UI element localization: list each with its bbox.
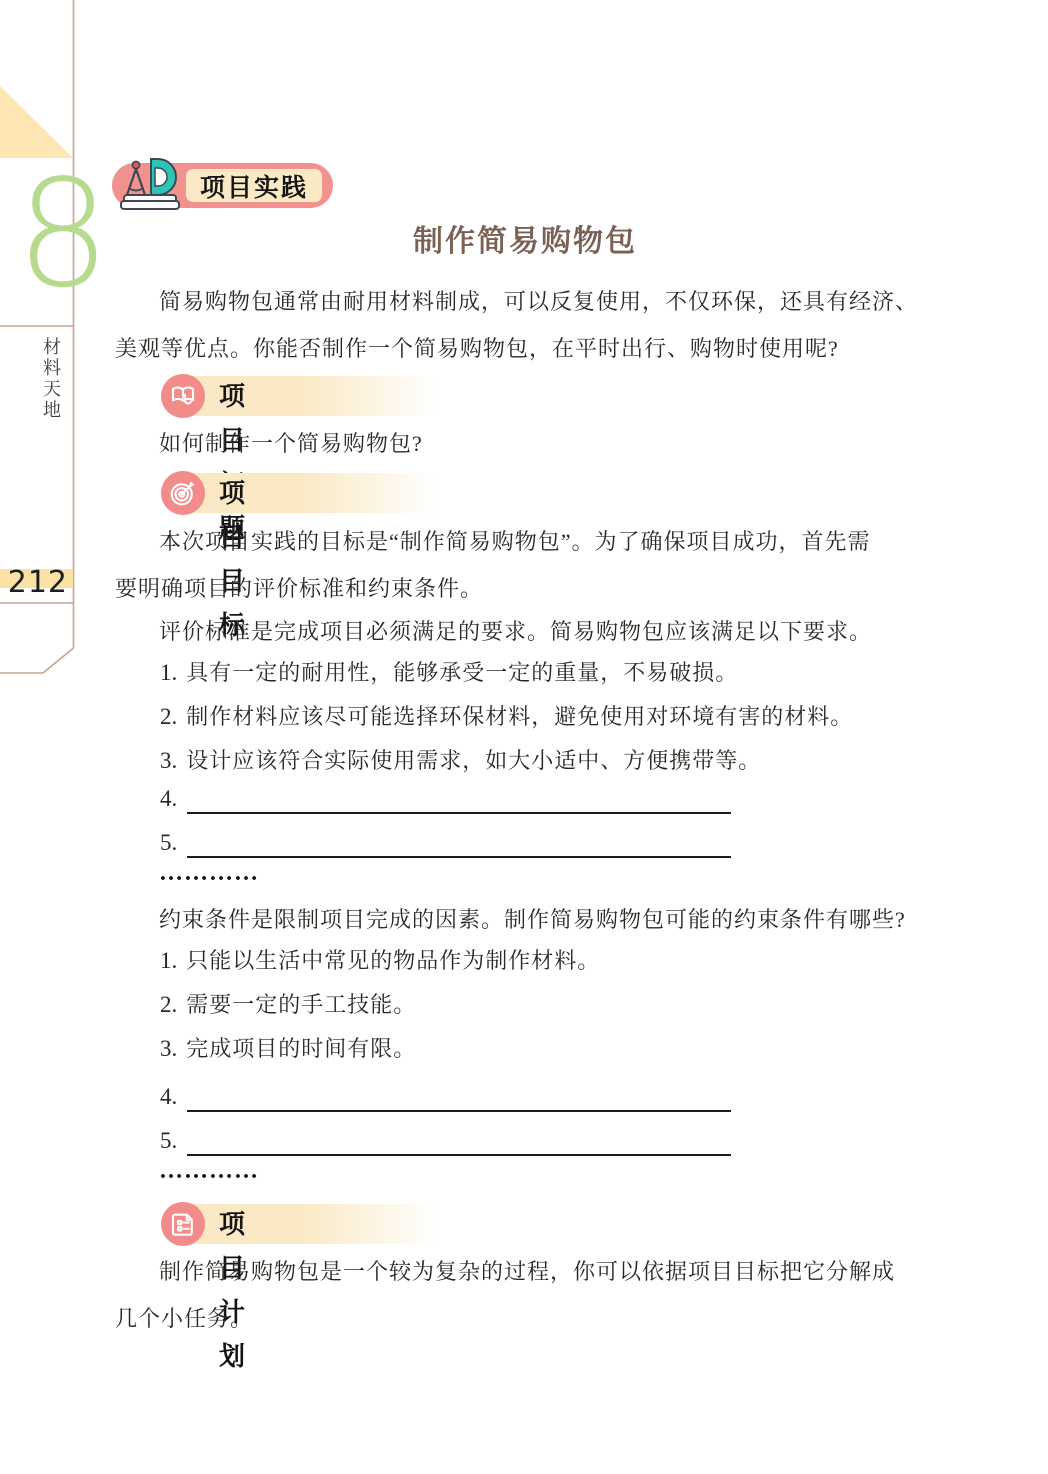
fill-in-blank-line [187,1130,731,1156]
question-text: 如何制作一个简易购物包? [115,424,935,464]
criteria-item-5-blank: 5. [115,828,935,858]
page-number: 212 [0,566,68,600]
textbook-page: 8 材料天地 212 项目实践 制作简易购物包 [0,0,1048,1474]
fill-in-blank-line [187,788,731,814]
heading-band [177,473,449,513]
item-number: 3. [115,746,177,776]
item-text: 只能以生活中常见的物品作为制作材料。 [186,946,600,976]
constraint-item-1: 1. 只能以生活中常见的物品作为制作材料。 [115,946,935,976]
target-icon [161,471,205,515]
item-text: 具有一定的耐用性，能够承受一定的重量，不易破损。 [186,658,738,688]
heading-band [177,1204,449,1244]
constraint-item-4-blank: 4. [115,1082,935,1112]
checklist-document-icon [161,1202,205,1246]
ellipsis-dots: ………… [159,858,259,888]
plan-line-1: 制作简易购物包是一个较为复杂的过程，你可以依据项目目标把它分解成 [115,1248,935,1295]
intro-line-1: 简易购物包通常由耐用材料制成，可以反复使用，不仅环保，还具有经济、 [115,278,935,325]
criteria-intro: 评价标准是完成项目必须满足的要求。简易购物包应该满足以下要求。 [115,612,935,652]
constraint-item-5-blank: 5. [115,1126,935,1156]
goal-line-2: 要明确项目的评价标准和约束条件。 [115,565,935,612]
criteria-item-3: 3. 设计应该符合实际使用需求，如大小适中、方便携带等。 [115,746,935,776]
plan-line-2: 几个小任务。 [115,1295,935,1342]
item-number: 3. [115,1034,177,1064]
book-hand-icon [161,374,205,418]
item-number: 1. [115,658,177,688]
criteria-item-2: 2. 制作材料应该尽可能选择环保材料，避免使用对环境有害的材料。 [115,702,935,732]
item-text: 设计应该符合实际使用需求，如大小适中、方便携带等。 [186,746,761,776]
item-text: 需要一定的手工技能。 [186,990,416,1020]
practice-badge: 项目实践 [112,163,333,208]
ellipsis-dots: ………… [159,1156,259,1186]
page-title: 制作简易购物包 [115,222,935,262]
chapter-number: 8 [16,172,74,296]
chapter-title: 材料天地 [38,337,64,421]
goal-line-1: 本次项目实践的目标是“制作简易购物包”。为了确保项目成功，首先需 [115,518,935,565]
constraint-item-2: 2. 需要一定的手工技能。 [115,990,935,1020]
intro-paragraph: 简易购物包通常由耐用材料制成，可以反复使用，不仅环保，还具有经济、 美观等优点。… [115,278,935,372]
criteria-item-1: 1. 具有一定的耐用性，能够承受一定的重量，不易破损。 [115,658,935,688]
item-number: 5. [115,1126,177,1156]
intro-line-2: 美观等优点。你能否制作一个简易购物包，在平时出行、购物时使用呢? [115,325,935,372]
goal-paragraph: 本次项目实践的目标是“制作简易购物包”。为了确保项目成功，首先需 要明确项目的评… [115,518,935,612]
practice-badge-label: 项目实践 [200,168,308,204]
main-content: 项目实践 制作简易购物包 简易购物包通常由耐用材料制成，可以反复使用，不仅环保，… [115,0,935,1474]
compass-protractor-book-icon [118,153,188,213]
item-number: 2. [115,990,177,1020]
constraints-intro: 约束条件是限制项目完成的因素。制作简易购物包可能的约束条件有哪些? [115,900,935,940]
item-number: 4. [115,1082,177,1112]
item-number: 2. [115,702,177,732]
constraint-item-3: 3. 完成项目的时间有限。 [115,1034,935,1064]
fill-in-blank-line [187,1086,731,1112]
plan-paragraph: 制作简易购物包是一个较为复杂的过程，你可以依据项目目标把它分解成 几个小任务。 [115,1248,935,1342]
item-text: 制作材料应该尽可能选择环保材料，避免使用对环境有害的材料。 [186,702,853,732]
item-number: 1. [115,946,177,976]
item-text: 完成项目的时间有限。 [186,1034,416,1064]
heading-band [177,376,449,416]
fill-in-blank-line [187,832,731,858]
practice-label-box: 项目实践 [186,169,322,202]
item-number: 4. [115,784,177,814]
item-number: 5. [115,828,177,858]
criteria-item-4-blank: 4. [115,784,935,814]
